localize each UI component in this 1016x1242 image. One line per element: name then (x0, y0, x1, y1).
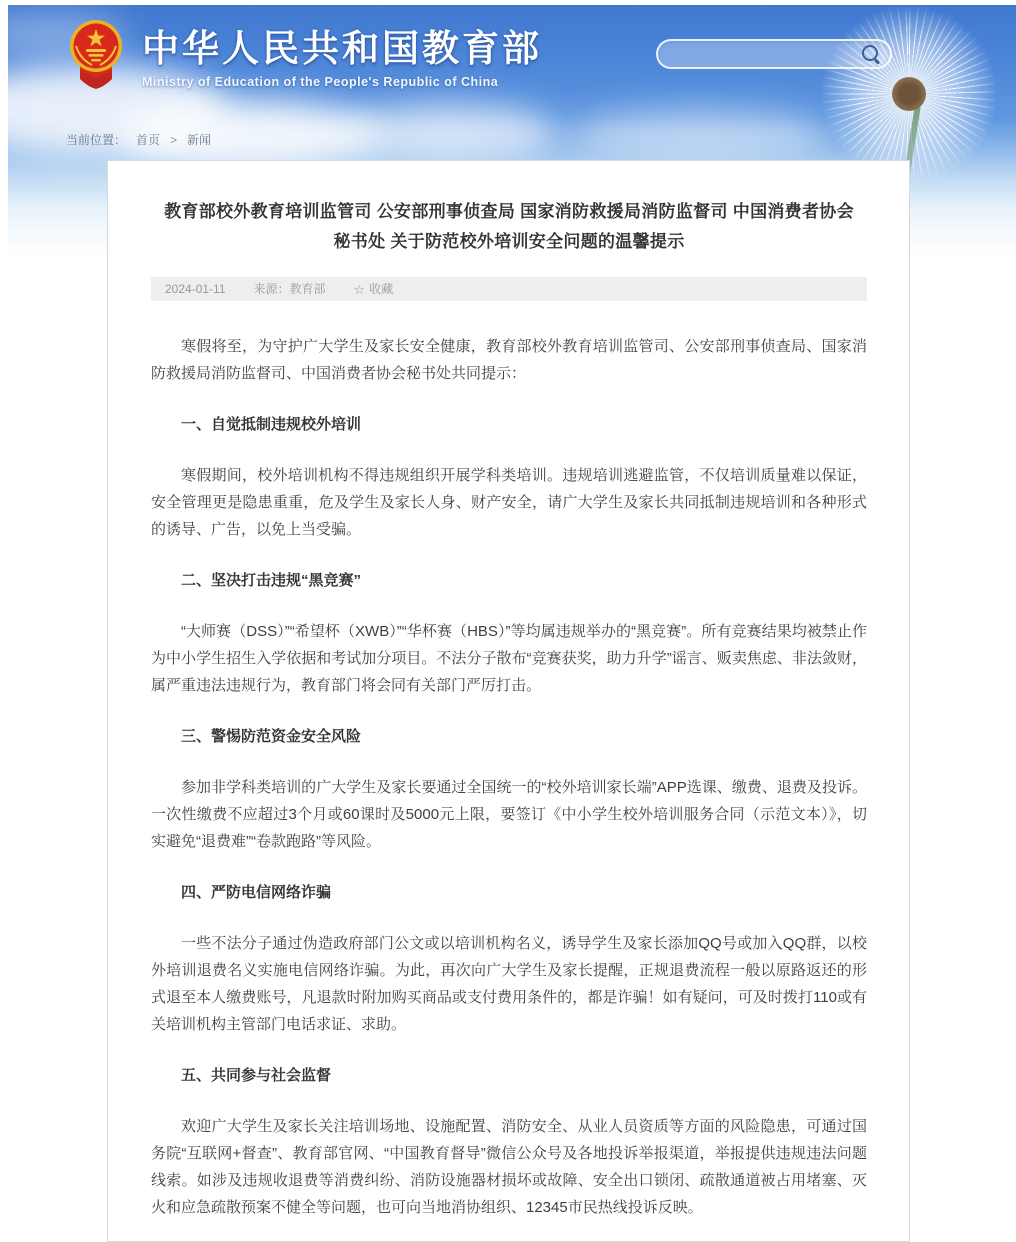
breadcrumb-news-link[interactable]: 新闻 (187, 131, 211, 148)
section-5-heading: 五、共同参与社会监督 (151, 1062, 867, 1089)
section-2-body: “大师赛（DSS）”“希望杯（XWB）”“华杯赛（HBS）”等均属违规举办的“黑… (151, 618, 867, 699)
article-date: 2024-01-11 (165, 277, 226, 301)
breadcrumb-label: 当前位置： (66, 131, 126, 148)
article-source: 来源：教育部 (254, 277, 326, 301)
section-1-heading: 一、自觉抵制违规校外培训 (151, 411, 867, 438)
section-3-body: 参加非学科类培训的广大学生及家长要通过全国统一的“校外培训家长端”APP选课、缴… (151, 774, 867, 855)
cloud-decoration (568, 110, 828, 160)
section-3-heading: 三、警惕防范资金安全风险 (151, 723, 867, 750)
article-source-value: 教育部 (290, 282, 326, 296)
dandelion-core (892, 77, 926, 111)
section-4-body: 一些不法分子通过伪造政府部门公文或以培训机构名义，诱导学生及家长添加QQ号或加入… (151, 930, 867, 1038)
cloud-decoration (338, 105, 558, 160)
search-input[interactable] (658, 41, 860, 67)
section-1-body: 寒假期间，校外培训机构不得违规组织开展学科类培训。违规培训逃避监管，不仅培训质量… (151, 462, 867, 543)
section-4-heading: 四、严防电信网络诈骗 (151, 879, 867, 906)
favorite-button[interactable]: ☆ 收藏 (354, 277, 394, 301)
search-icon[interactable] (860, 43, 882, 65)
article-intro: 寒假将至，为守护广大学生及家长安全健康，教育部校外教育培训监管司、公安部刑事侦查… (151, 333, 867, 387)
article-source-label: 来源： (254, 282, 290, 296)
site-title: 中华人民共和国教育部 (142, 18, 542, 72)
search-box[interactable] (656, 39, 892, 69)
article-card: 教育部校外教育培训监管司 公安部刑事侦查局 国家消防救援局消防监督司 中国消费者… (107, 160, 910, 1242)
favorite-label: 收藏 (369, 277, 393, 301)
site-subtitle: Ministry of Education of the People's Re… (142, 75, 542, 89)
article-title: 教育部校外教育培训监管司 公安部刑事侦查局 国家消防救援局消防监督司 中国消费者… (159, 197, 859, 257)
breadcrumb-home-link[interactable]: 首页 (136, 131, 160, 148)
national-emblem-icon (66, 19, 126, 89)
star-icon: ☆ (354, 283, 366, 296)
breadcrumb: 当前位置： 首页 > 新闻 (66, 131, 211, 148)
section-5-body: 欢迎广大学生及家长关注培训场地、设施配置、消防安全、从业人员资质等方面的风险隐患… (151, 1113, 867, 1221)
article-body: 寒假将至，为守护广大学生及家长安全健康，教育部校外教育培训监管司、公安部刑事侦查… (151, 333, 867, 1221)
brand-text: 中华人民共和国教育部 Ministry of Education of the … (142, 18, 542, 89)
site-brand[interactable]: 中华人民共和国教育部 Ministry of Education of the … (66, 18, 542, 89)
breadcrumb-separator-icon: > (170, 133, 177, 147)
section-2-heading: 二、坚决打击违规“黑竞赛” (151, 567, 867, 594)
article-meta-bar: 2024-01-11 来源：教育部 ☆ 收藏 (151, 277, 867, 301)
